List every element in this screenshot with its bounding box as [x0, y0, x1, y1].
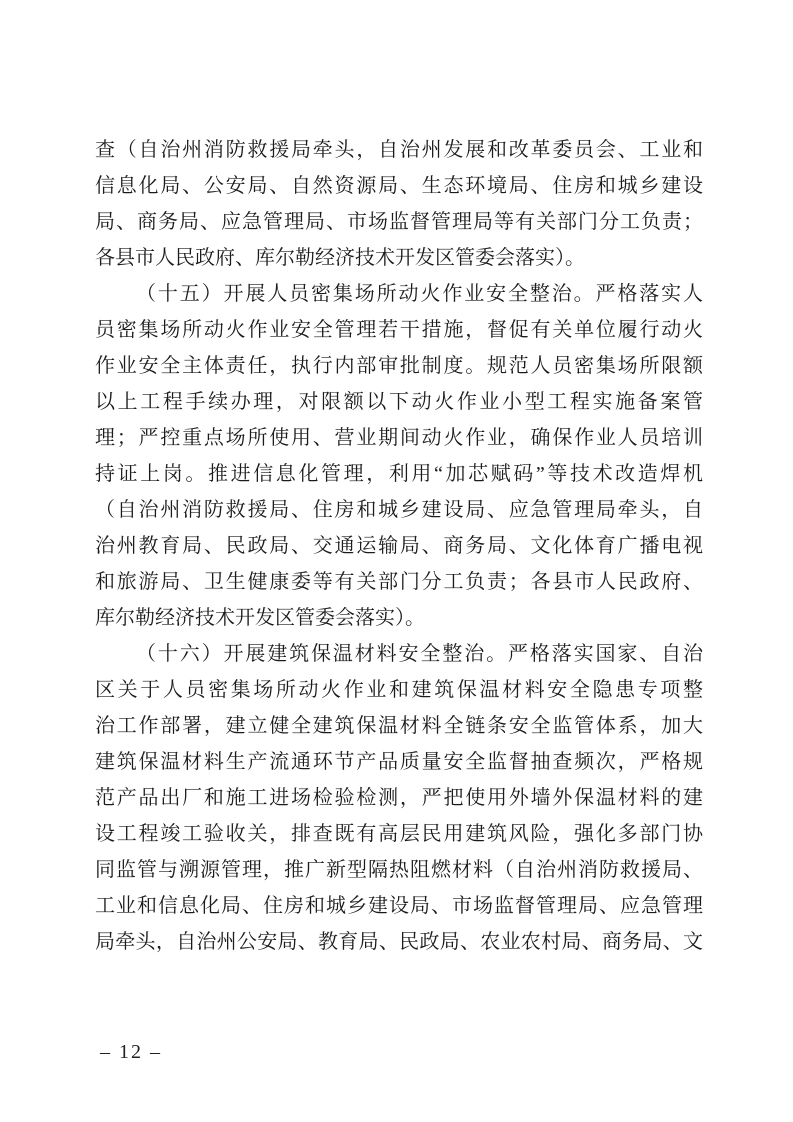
text-line: 作业安全主体责任，执行内部审批制度。规范人员密集场所限额 — [95, 348, 703, 384]
page-footer: – 12 – — [0, 1040, 793, 1070]
paragraph-section-16: （十六）开展建筑保温材料安全整治。严格落实国家、自治 区关于人员密集场所动火作业… — [95, 636, 703, 960]
text-line: 建筑保温材料生产流通环节产品质量安全监督抽查频次，严格规 — [95, 744, 703, 780]
text-line: 治州教育局、民政局、交通运输局、商务局、文化体育广播电视 — [95, 528, 703, 564]
text-line: 同监管与溯源管理，推广新型隔热阻燃材料（自治州消防救援局、 — [95, 852, 703, 888]
text-line: 持证上岗。推进信息化管理，利用“加芯赋码”等技术改造焊机 — [95, 456, 703, 492]
text-line: （十五）开展人员密集场所动火作业安全整治。严格落实人 — [95, 276, 703, 312]
text-line: 以上工程手续办理，对限额以下动火作业小型工程实施备案管 — [95, 384, 703, 420]
text-line: 信息化局、公安局、自然资源局、生态环境局、住房和城乡建设 — [95, 168, 703, 204]
page-number: – 12 – — [100, 1040, 162, 1064]
document-page: 查（自治州消防救援局牵头，自治州发展和改革委员会、工业和 信息化局、公安局、自然… — [0, 0, 793, 1122]
document-body: 查（自治州消防救援局牵头，自治州发展和改革委员会、工业和 信息化局、公安局、自然… — [95, 132, 703, 960]
text-line: 查（自治州消防救援局牵头，自治州发展和改革委员会、工业和 — [95, 132, 703, 168]
text-line: 和旅游局、卫生健康委等有关部门分工负责；各县市人民政府、 — [95, 564, 703, 600]
paragraph-section-15: （十五）开展人员密集场所动火作业安全整治。严格落实人 员密集场所动火作业安全管理… — [95, 276, 703, 636]
text-line: （自治州消防救援局、住房和城乡建设局、应急管理局牵头，自 — [95, 492, 703, 528]
text-line: 员密集场所动火作业安全管理若干措施，督促有关单位履行动火 — [95, 312, 703, 348]
text-line: 各县市人民政府、库尔勒经济技术开发区管委会落实）。 — [95, 240, 703, 276]
text-line: 局、商务局、应急管理局、市场监督管理局等有关部门分工负责； — [95, 204, 703, 240]
text-line: 库尔勒经济技术开发区管委会落实）。 — [95, 600, 703, 636]
text-line: 区关于人员密集场所动火作业和建筑保温材料安全隐患专项整 — [95, 672, 703, 708]
text-line: 设工程竣工验收关，排查既有高层民用建筑风险，强化多部门协 — [95, 816, 703, 852]
paragraph-section-14-continuation: 查（自治州消防救援局牵头，自治州发展和改革委员会、工业和 信息化局、公安局、自然… — [95, 132, 703, 276]
text-line: 治工作部署，建立健全建筑保温材料全链条安全监管体系，加大 — [95, 708, 703, 744]
text-line: 工业和信息化局、住房和城乡建设局、市场监督管理局、应急管理 — [95, 888, 703, 924]
text-line: 理；严控重点场所使用、营业期间动火作业，确保作业人员培训 — [95, 420, 703, 456]
text-line: （十六）开展建筑保温材料安全整治。严格落实国家、自治 — [95, 636, 703, 672]
text-line: 范产品出厂和施工进场检验检测，严把使用外墙外保温材料的建 — [95, 780, 703, 816]
text-line: 局牵头，自治州公安局、教育局、民政局、农业农村局、商务局、文 — [95, 924, 703, 960]
